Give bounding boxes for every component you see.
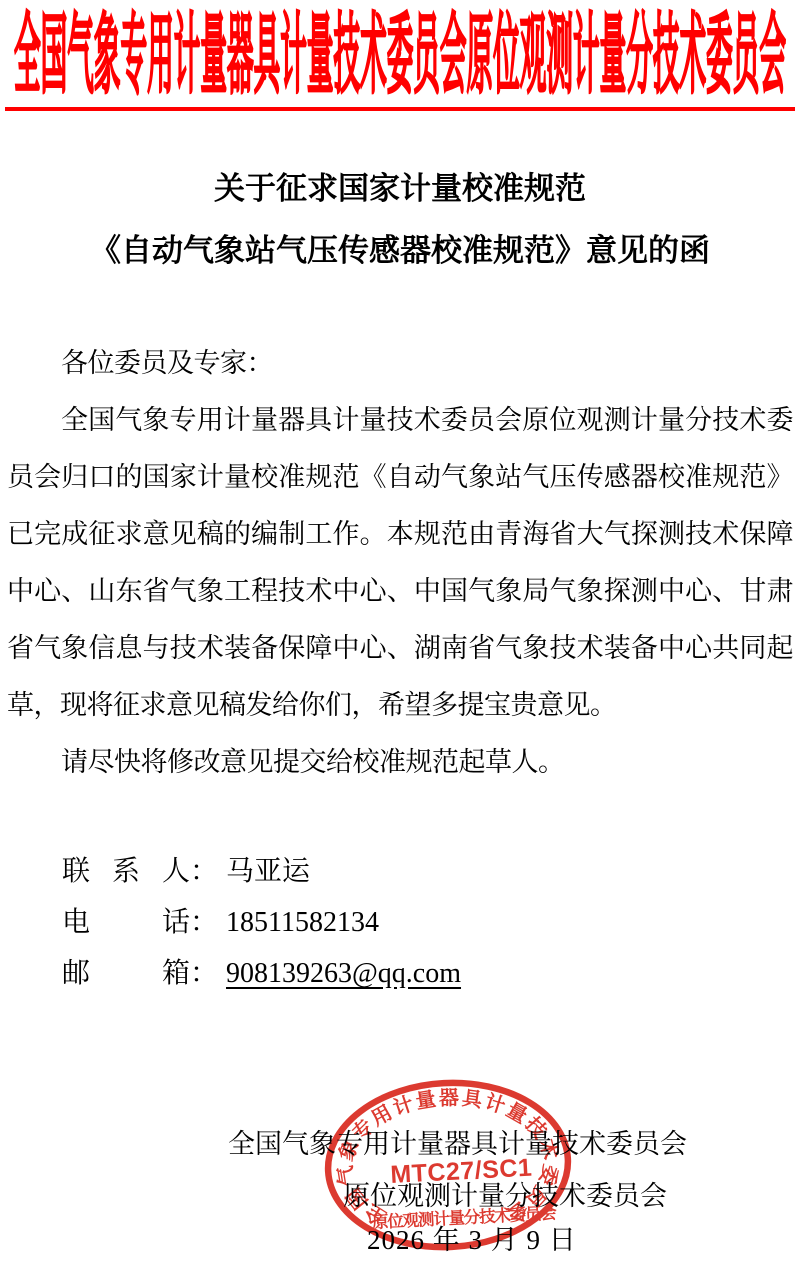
document-title: 关于征求国家计量校准规范 《自动气象站气压传感器校准规范》意见的函 — [0, 158, 800, 282]
paragraph-1: 全国气象专用计量器具计量技术委员会原位观测计量分技术委员会归口的国家计量校准规范… — [7, 392, 793, 734]
document-page: 全国气象专用计量器具计量技术委员会原位观测计量分技术委员会 关于征求国家计量校准… — [0, 0, 800, 1267]
contact-phone-number: 18511582134 — [226, 897, 379, 948]
signature-date: 2026 年 3 月 9 日 — [367, 1224, 577, 1256]
salutation: 各位委员及专家： — [7, 335, 793, 392]
letter-body: 各位委员及专家： 全国气象专用计量器具计量技术委员会原位观测计量分技术委员会归口… — [7, 335, 793, 791]
letterhead-separator-rule — [5, 107, 795, 111]
contact-colon: ： — [190, 948, 218, 999]
contact-person-name: 马亚运 — [226, 846, 310, 897]
contact-row-person: 联系人：马亚运 — [62, 846, 461, 897]
document-title-line2: 《自动气象站气压传感器校准规范》意见的函 — [0, 220, 800, 282]
signature-org-line1: 全国气象专用计量器具计量技术委员会 — [228, 1128, 687, 1160]
contact-email-link[interactable]: 908139263@qq.com — [226, 948, 461, 999]
contact-colon: ： — [190, 846, 218, 897]
contact-row-email: 邮箱：908139263@qq.com — [62, 948, 461, 999]
contact-label-phone: 电话 — [62, 897, 190, 948]
contact-row-phone: 电话：18511582134 — [62, 897, 461, 948]
contact-label-email: 邮箱 — [62, 948, 190, 999]
contact-label-person: 联系人 — [62, 846, 190, 897]
contact-block: 联系人：马亚运 电话：18511582134 邮箱：908139263@qq.c… — [62, 846, 461, 999]
letterhead-org-name: 全国气象专用计量器具计量技术委员会原位观测计量分技术委员会 — [14, 4, 786, 106]
contact-colon: ： — [190, 897, 218, 948]
document-title-line1: 关于征求国家计量校准规范 — [0, 158, 800, 220]
letterhead: 全国气象专用计量器具计量技术委员会原位观测计量分技术委员会 — [14, 4, 786, 106]
signature-org-line2: 原位观测计量分技术委员会 — [343, 1180, 667, 1212]
paragraph-2: 请尽快将修改意见提交给校准规范起草人。 — [7, 734, 793, 791]
